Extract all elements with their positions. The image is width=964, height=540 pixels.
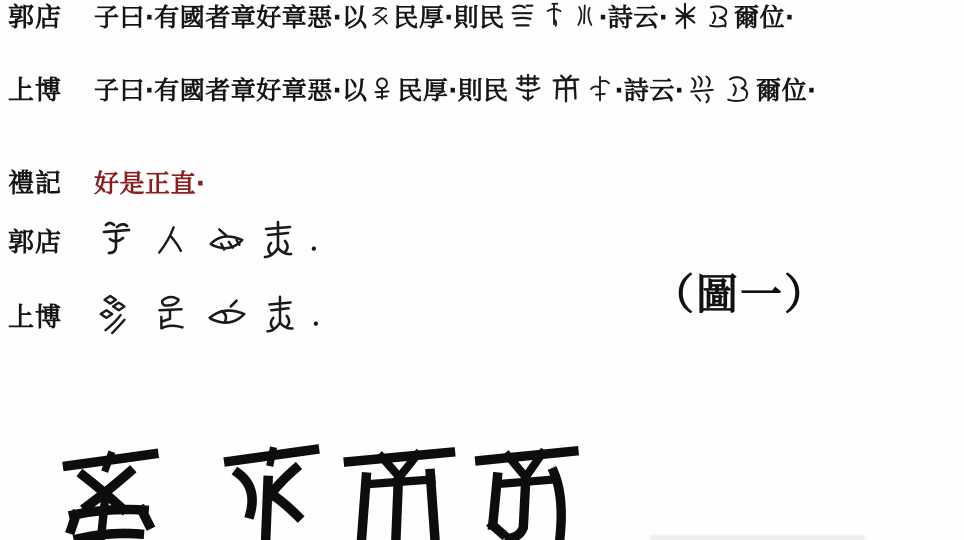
row-shangbo-transcription: 上博 子曰‧有國者章好章惡‧以 民厚‧則民 ‧詩云‧ 爾位‧ [8, 70, 816, 107]
source-label-guodian: 郭店 [8, 0, 94, 34]
transcription-text: 子曰‧有國者章好章惡‧以 [94, 71, 367, 107]
transcription-text: ‧詩云‧ [599, 0, 668, 34]
row-guodian-transcription: 郭店 子曰‧有國者章好章惡‧以 民厚‧則民 ‧詩云‧ 爾位‧ [8, 0, 794, 34]
transcription-text: 子曰‧有國者章好章惡‧以 [94, 0, 367, 34]
row-shangbo-glyphs: 上博 ． [8, 291, 337, 339]
seal-glyph-icon [152, 219, 188, 261]
row-guodian-glyphs: 郭店 ． [8, 218, 335, 262]
seal-glyph-icon [96, 218, 136, 262]
enlarged-seal-glyph-icon [338, 438, 468, 540]
seal-glyph-small-icon [541, 1, 567, 31]
transcription-text: 爾位‧ [734, 0, 794, 34]
seal-glyph-icon [204, 294, 250, 336]
liji-quote-text: 好是正直‧ [94, 164, 205, 200]
seal-glyph-icon [150, 292, 190, 338]
transcription-text: 民厚‧則民 [397, 71, 508, 107]
seal-glyph-small-icon [722, 72, 754, 106]
seal-glyph-icon [96, 291, 134, 339]
transcription-text: 民厚‧則民 [393, 0, 504, 34]
seal-glyph-small-icon [704, 1, 732, 31]
seal-glyph-small-icon [686, 72, 718, 106]
seal-glyph-icon [260, 292, 300, 338]
row-liji-quote: 禮記 好是正直‧ [8, 163, 205, 200]
source-label-shangbo: 上博 [8, 297, 94, 334]
source-label-guodian: 郭店 [8, 222, 94, 259]
illegible-cutoff-text [650, 535, 865, 540]
figure-caption: （圖一） [652, 262, 828, 322]
seal-glyph-small-icon [670, 1, 700, 31]
seal-glyph-small-icon [571, 1, 597, 31]
row-period: ． [310, 222, 335, 258]
enlarged-seal-glyph-icon [212, 440, 336, 540]
transcription-text: ‧詩云‧ [615, 71, 684, 107]
transcription-text: 爾位‧ [756, 71, 816, 107]
source-label-shangbo: 上博 [8, 70, 94, 107]
seal-glyph-small-icon [549, 71, 583, 107]
enlarged-seal-glyph-icon [468, 440, 588, 540]
seal-glyph-small-icon [587, 72, 613, 106]
seal-glyph-icon [204, 219, 248, 261]
enlarged-seal-glyph-icon [52, 442, 186, 540]
seal-glyph-small-icon [511, 71, 545, 107]
seal-glyph-icon [258, 218, 298, 262]
source-label-liji: 禮記 [8, 163, 94, 200]
row-period: ． [312, 297, 337, 333]
scanned-document-page: { "colors": { "background": "#fefefe", "… [0, 0, 964, 540]
seal-glyph-small-icon [507, 1, 537, 31]
seal-glyph-small-icon [369, 3, 391, 29]
seal-glyph-small-icon [369, 74, 395, 104]
